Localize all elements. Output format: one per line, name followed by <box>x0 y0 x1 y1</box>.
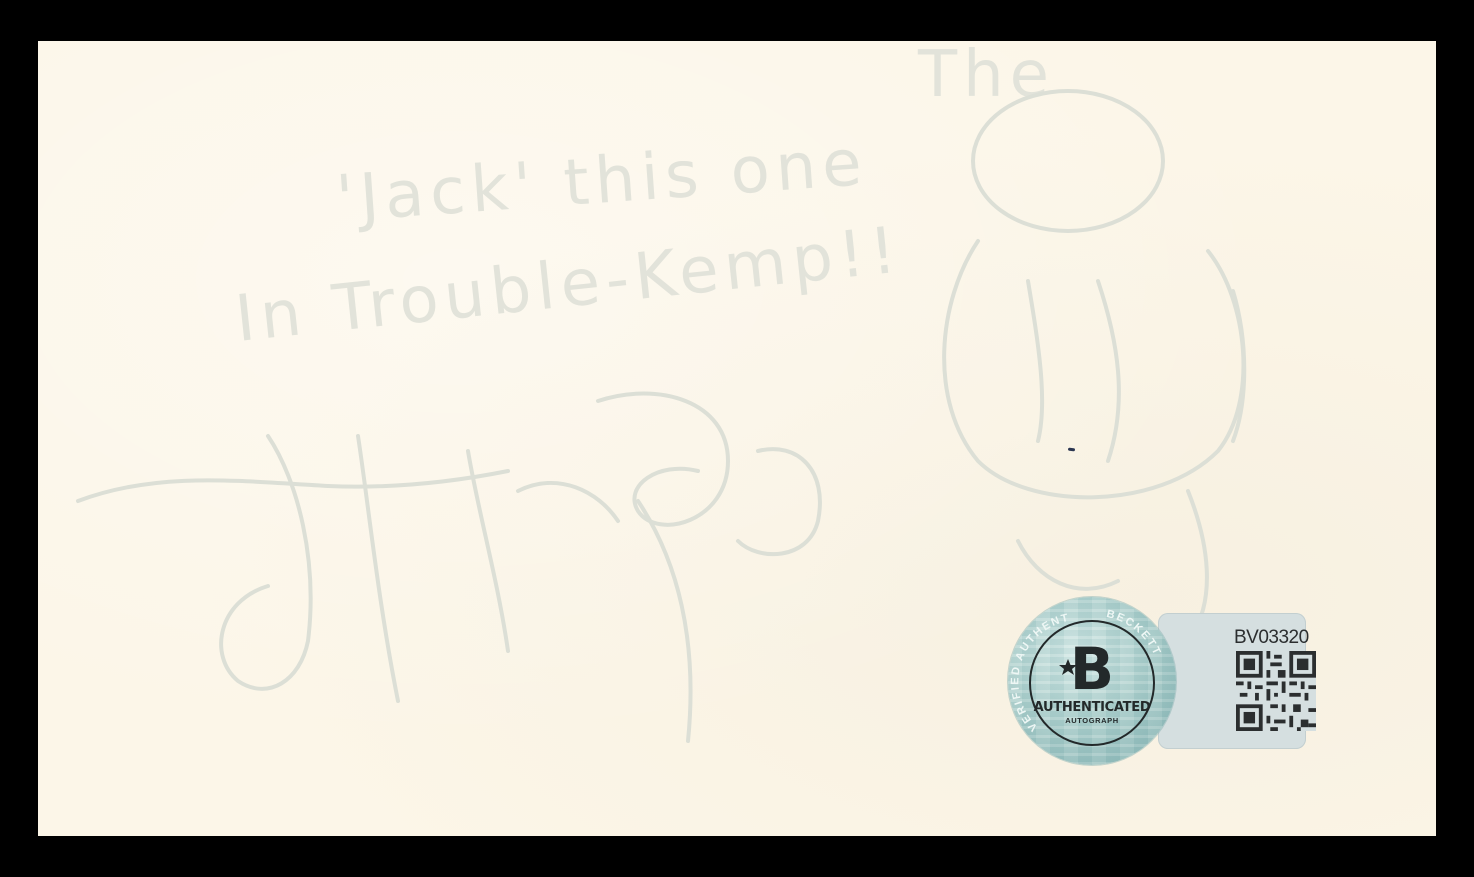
hologram-graphic: VERIFIED AUTHENTIC BECKETT B AUTHENTICAT… <box>1008 597 1176 765</box>
authenticated-label: AUTHENTICATED <box>1034 700 1151 715</box>
inscription-line-3: In Trouble-Kemp!! <box>232 213 905 357</box>
inscription-line-1: The <box>917 41 1055 112</box>
index-card: The 'Jack' this one In Trouble-Kemp!! <box>38 41 1436 836</box>
autograph-label: AUTOGRAPH <box>1065 716 1119 725</box>
qr-authentication-label: BV03320 <box>1158 613 1306 749</box>
face-sketch <box>944 91 1244 641</box>
signature <box>78 394 820 742</box>
beckett-b-logo: B <box>1070 635 1114 703</box>
photo-frame: The 'Jack' this one In Trouble-Kemp!! <box>0 0 1474 877</box>
authentication-hologram: VERIFIED AUTHENTIC BECKETT B AUTHENTICAT… <box>1008 597 1176 765</box>
serial-number: BV03320 <box>1234 627 1309 649</box>
inscription-line-2: 'Jack' this one <box>334 126 870 237</box>
qr-code-icon[interactable] <box>1236 651 1316 731</box>
